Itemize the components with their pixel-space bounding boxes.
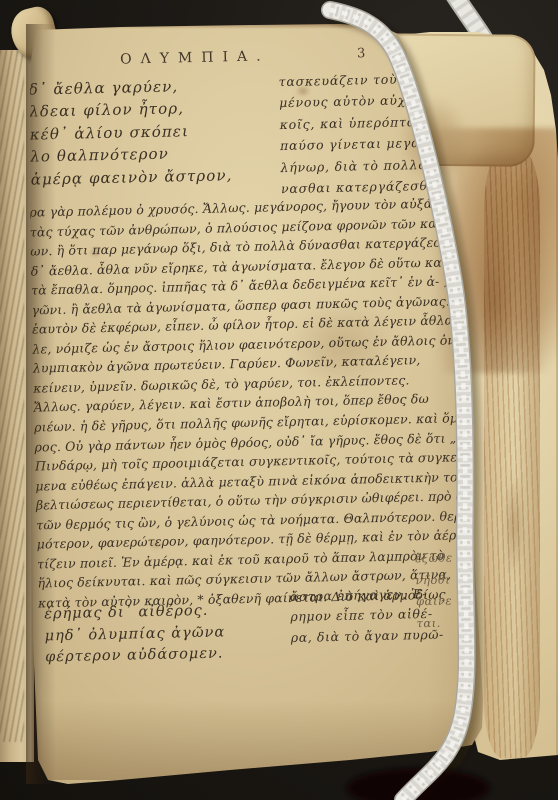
page-number: 3 [357, 46, 366, 61]
poem-bottom-block: ἐρήμας δι᾽ αἰθέρος.μηδ᾽ ὀλυμπίας ἀγῶναφέ… [44, 600, 226, 669]
facing-page-edge [0, 50, 34, 762]
running-title: ΟΛΥΜΠΙΑ. [120, 48, 270, 67]
text-line: φέρτερον αὐδάσομεν. [45, 644, 226, 670]
text-line: ἔξωθε [415, 547, 453, 569]
text-line: νῆοθι [415, 569, 453, 591]
text-line: φαίνε [416, 590, 454, 612]
cord-shadow-blob [346, 768, 490, 800]
text-line: ἁμέρᾳ φαεινὸν ἄστρον, [31, 164, 233, 191]
fore-edge-stripes [484, 150, 540, 758]
poem-top-block: δ᾽ ἄεθλα γαρύεν,λδεαι φίλον ἦτορ,κέθ᾽ ἁλ… [29, 74, 233, 190]
text-line: ται. [416, 612, 454, 634]
photo-of-open-book: ΟΛΥΜΠΙΑ. 3 δ᾽ ἄεθλα γαρύεν,λδεαι φίλον ἦ… [0, 0, 558, 800]
handwritten-margin-notes: ἔξωθενῆοθιφαίνεται. [415, 547, 454, 634]
